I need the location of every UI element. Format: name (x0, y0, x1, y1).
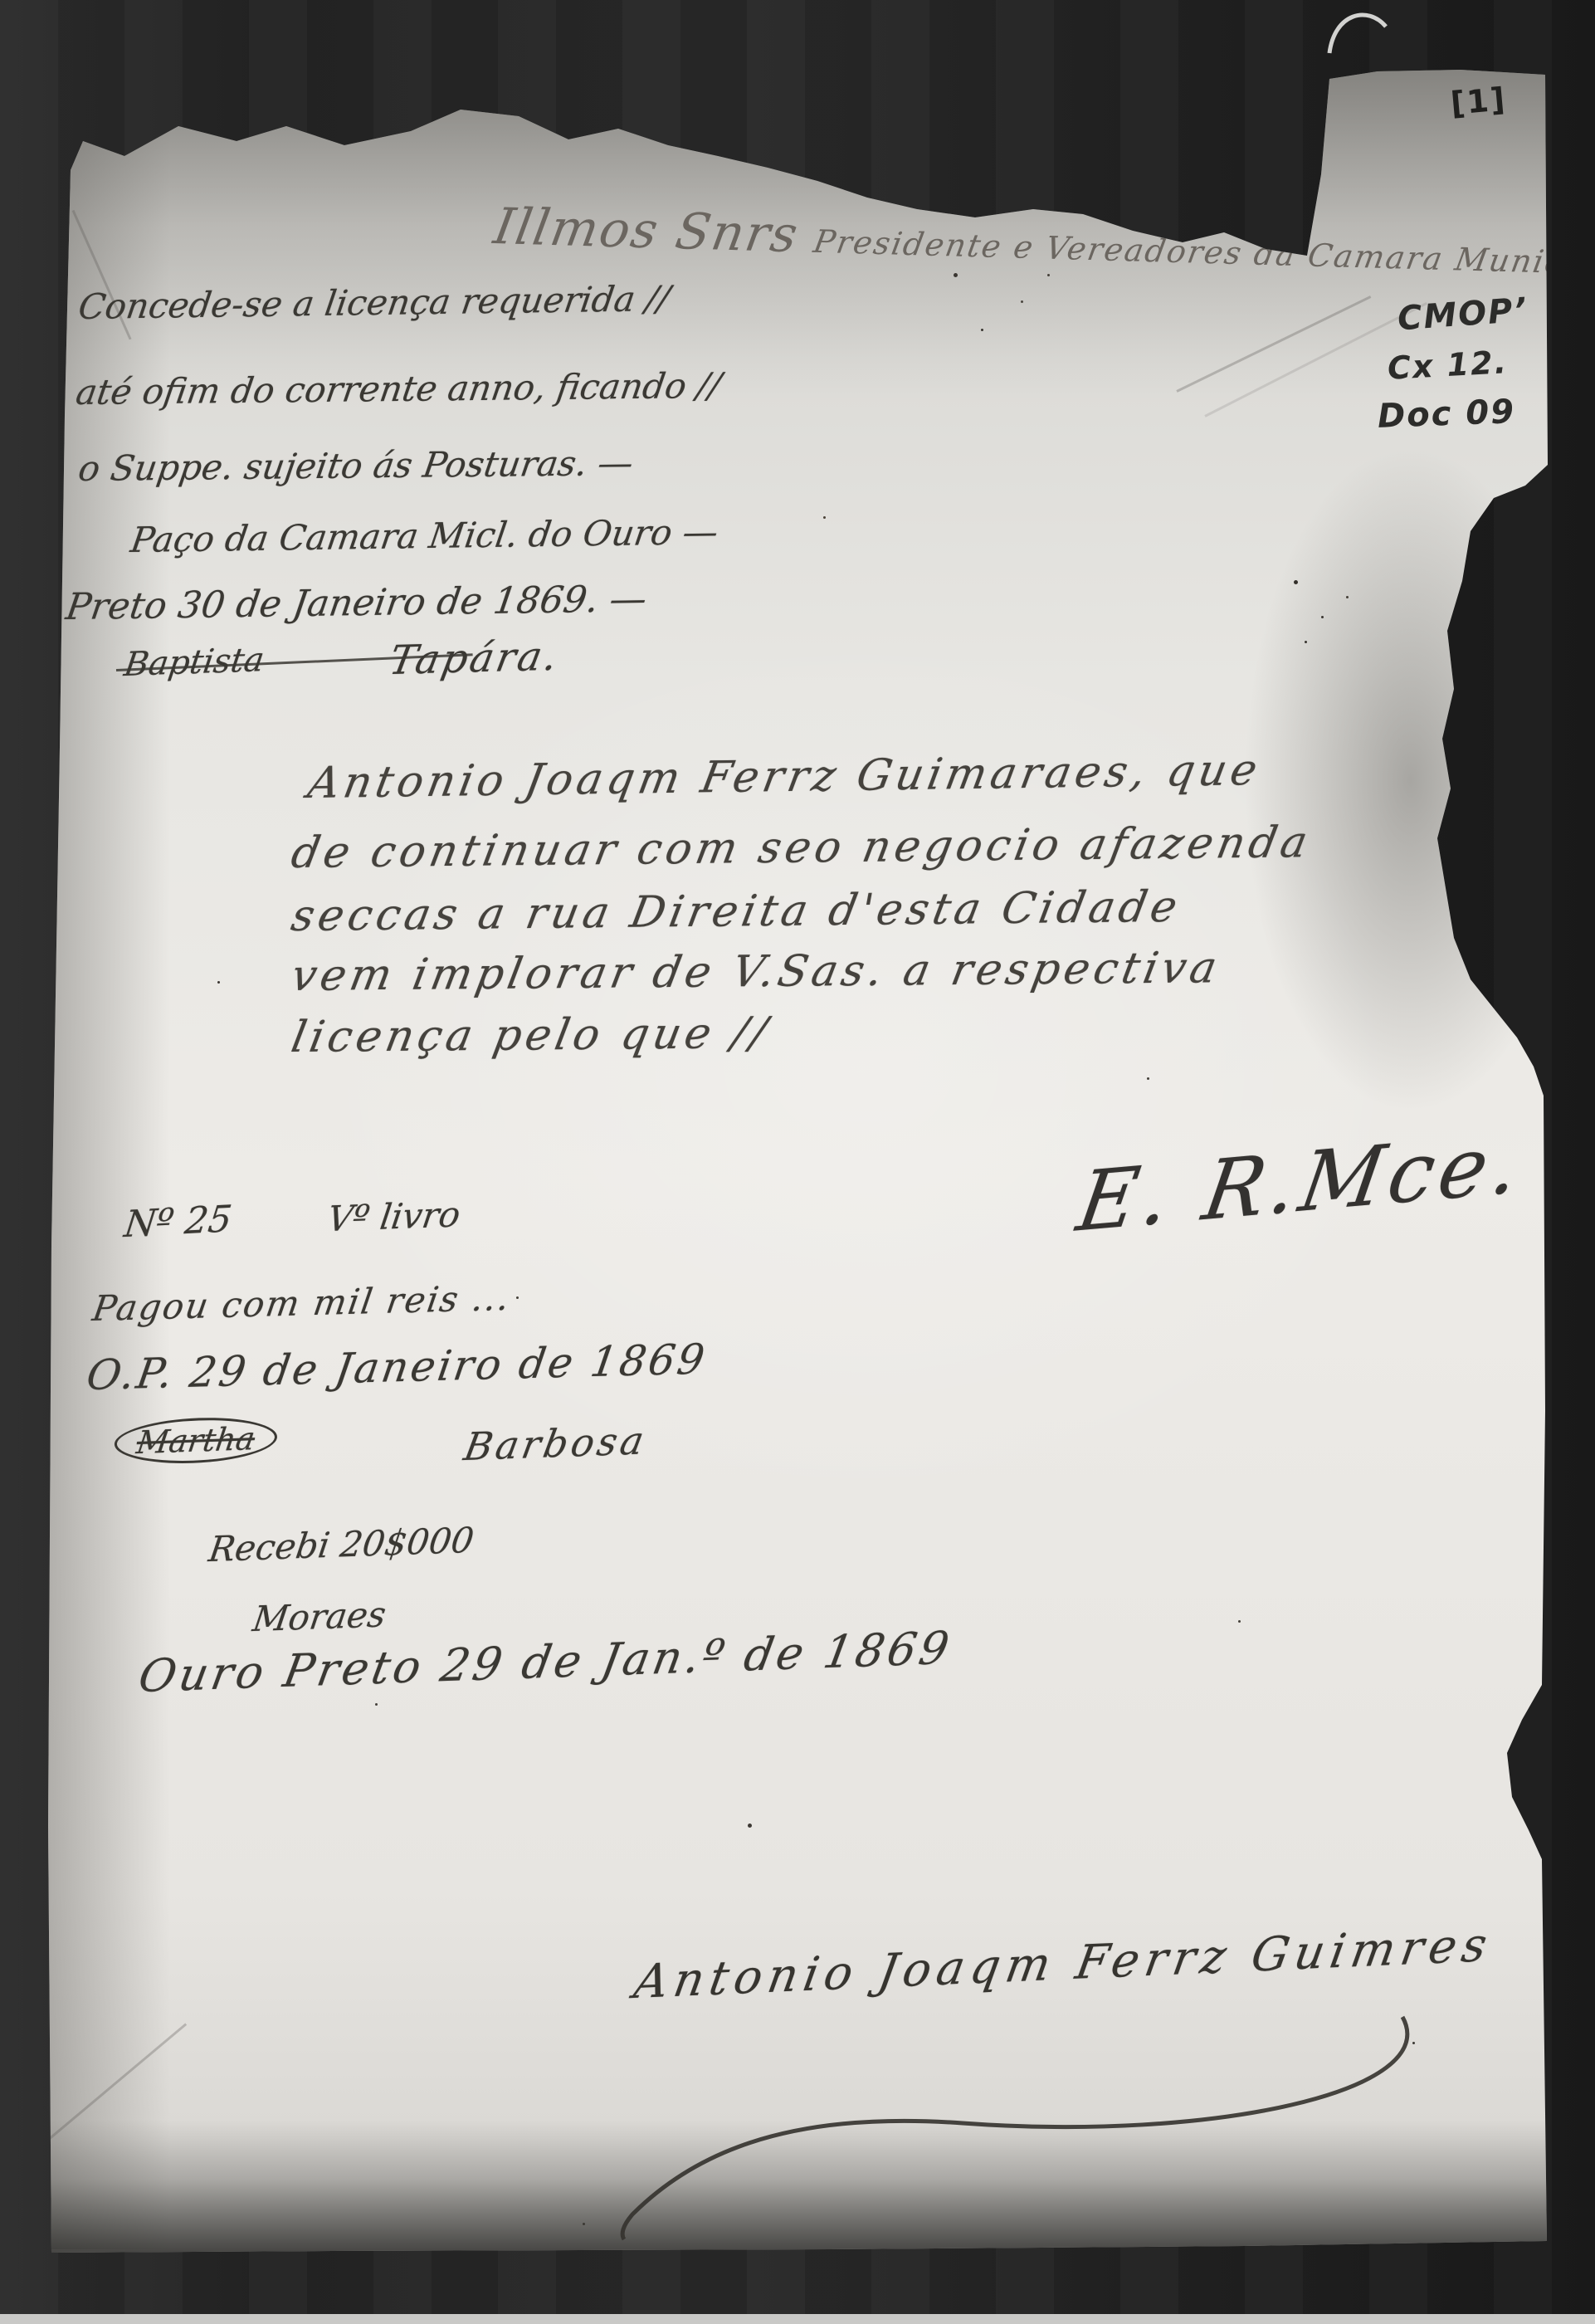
document-scan: [1] CMOPʼ Cx 12. Doc 09 Illmos SnrsPresi… (0, 0, 1595, 2324)
dispatch-signer-tapara: Tapára. (386, 633, 563, 685)
petition-line-3: seccas a rua Direita d'esta Cidade (287, 882, 1185, 941)
scan-bottom-strip (0, 2314, 1595, 2324)
dispatch-line-5: Preto 30 de Janeiro de 1869. — (63, 578, 649, 628)
archive-bracket-mark: [1] (1449, 81, 1508, 122)
receipt-signer: Moraes (251, 1594, 389, 1639)
signature-paraph-flourish (581, 1992, 1452, 2241)
archive-ref-line-3: Doc 09 (1377, 393, 1515, 436)
dispatch-line-3: o Suppe. sujeito ás Posturas. — (76, 442, 636, 489)
dispatch-line-1: Concede-se a licença requerida // (76, 278, 672, 327)
dispatch-signer-baptista: Baptista (122, 641, 267, 684)
petition-line-1: Antonio Joaqm Ferrz Guimaraes, que (305, 745, 1266, 808)
petition-line-4: vem implorar de V.Sas. a respectiva (287, 943, 1224, 1001)
registry-book: Vº livro (325, 1194, 463, 1239)
registry-number: Nº 25 (122, 1198, 234, 1246)
header-salutation: Illmos Snrs (490, 198, 803, 264)
rubric-oval: Martha (111, 1415, 280, 1466)
registry-date: O.P. 29 de Janeiro de 1869 (84, 1335, 710, 1399)
registry-clerk-signature: Barbosa (461, 1418, 651, 1469)
tear-shading (1245, 448, 1577, 1112)
registry-rubric: Martha (111, 1415, 280, 1466)
archive-ref-line-2: Cx 12. (1387, 344, 1509, 387)
dispatch-line-4: Paço da Camara Micl. do Ouro — (128, 511, 720, 560)
petition-line-5: licença pelo que // (287, 1008, 774, 1062)
grant-formula-flourish: E. R.Mce. (1071, 1116, 1531, 1251)
receipt-amount: Recebi 20$000 (207, 1520, 477, 1570)
petition-line-2: de continuar com seo negocio afazenda (287, 818, 1315, 878)
ink-specks (0, 0, 2, 2)
paper-fiber-mark (1319, 2, 1394, 60)
paper-sheet: [1] CMOPʼ Cx 12. Doc 09 Illmos SnrsPresi… (0, 0, 1595, 2324)
left-edge-shading (46, 124, 170, 2249)
dispatch-line-2: até ofim do corrente anno, ficando // (73, 365, 724, 413)
